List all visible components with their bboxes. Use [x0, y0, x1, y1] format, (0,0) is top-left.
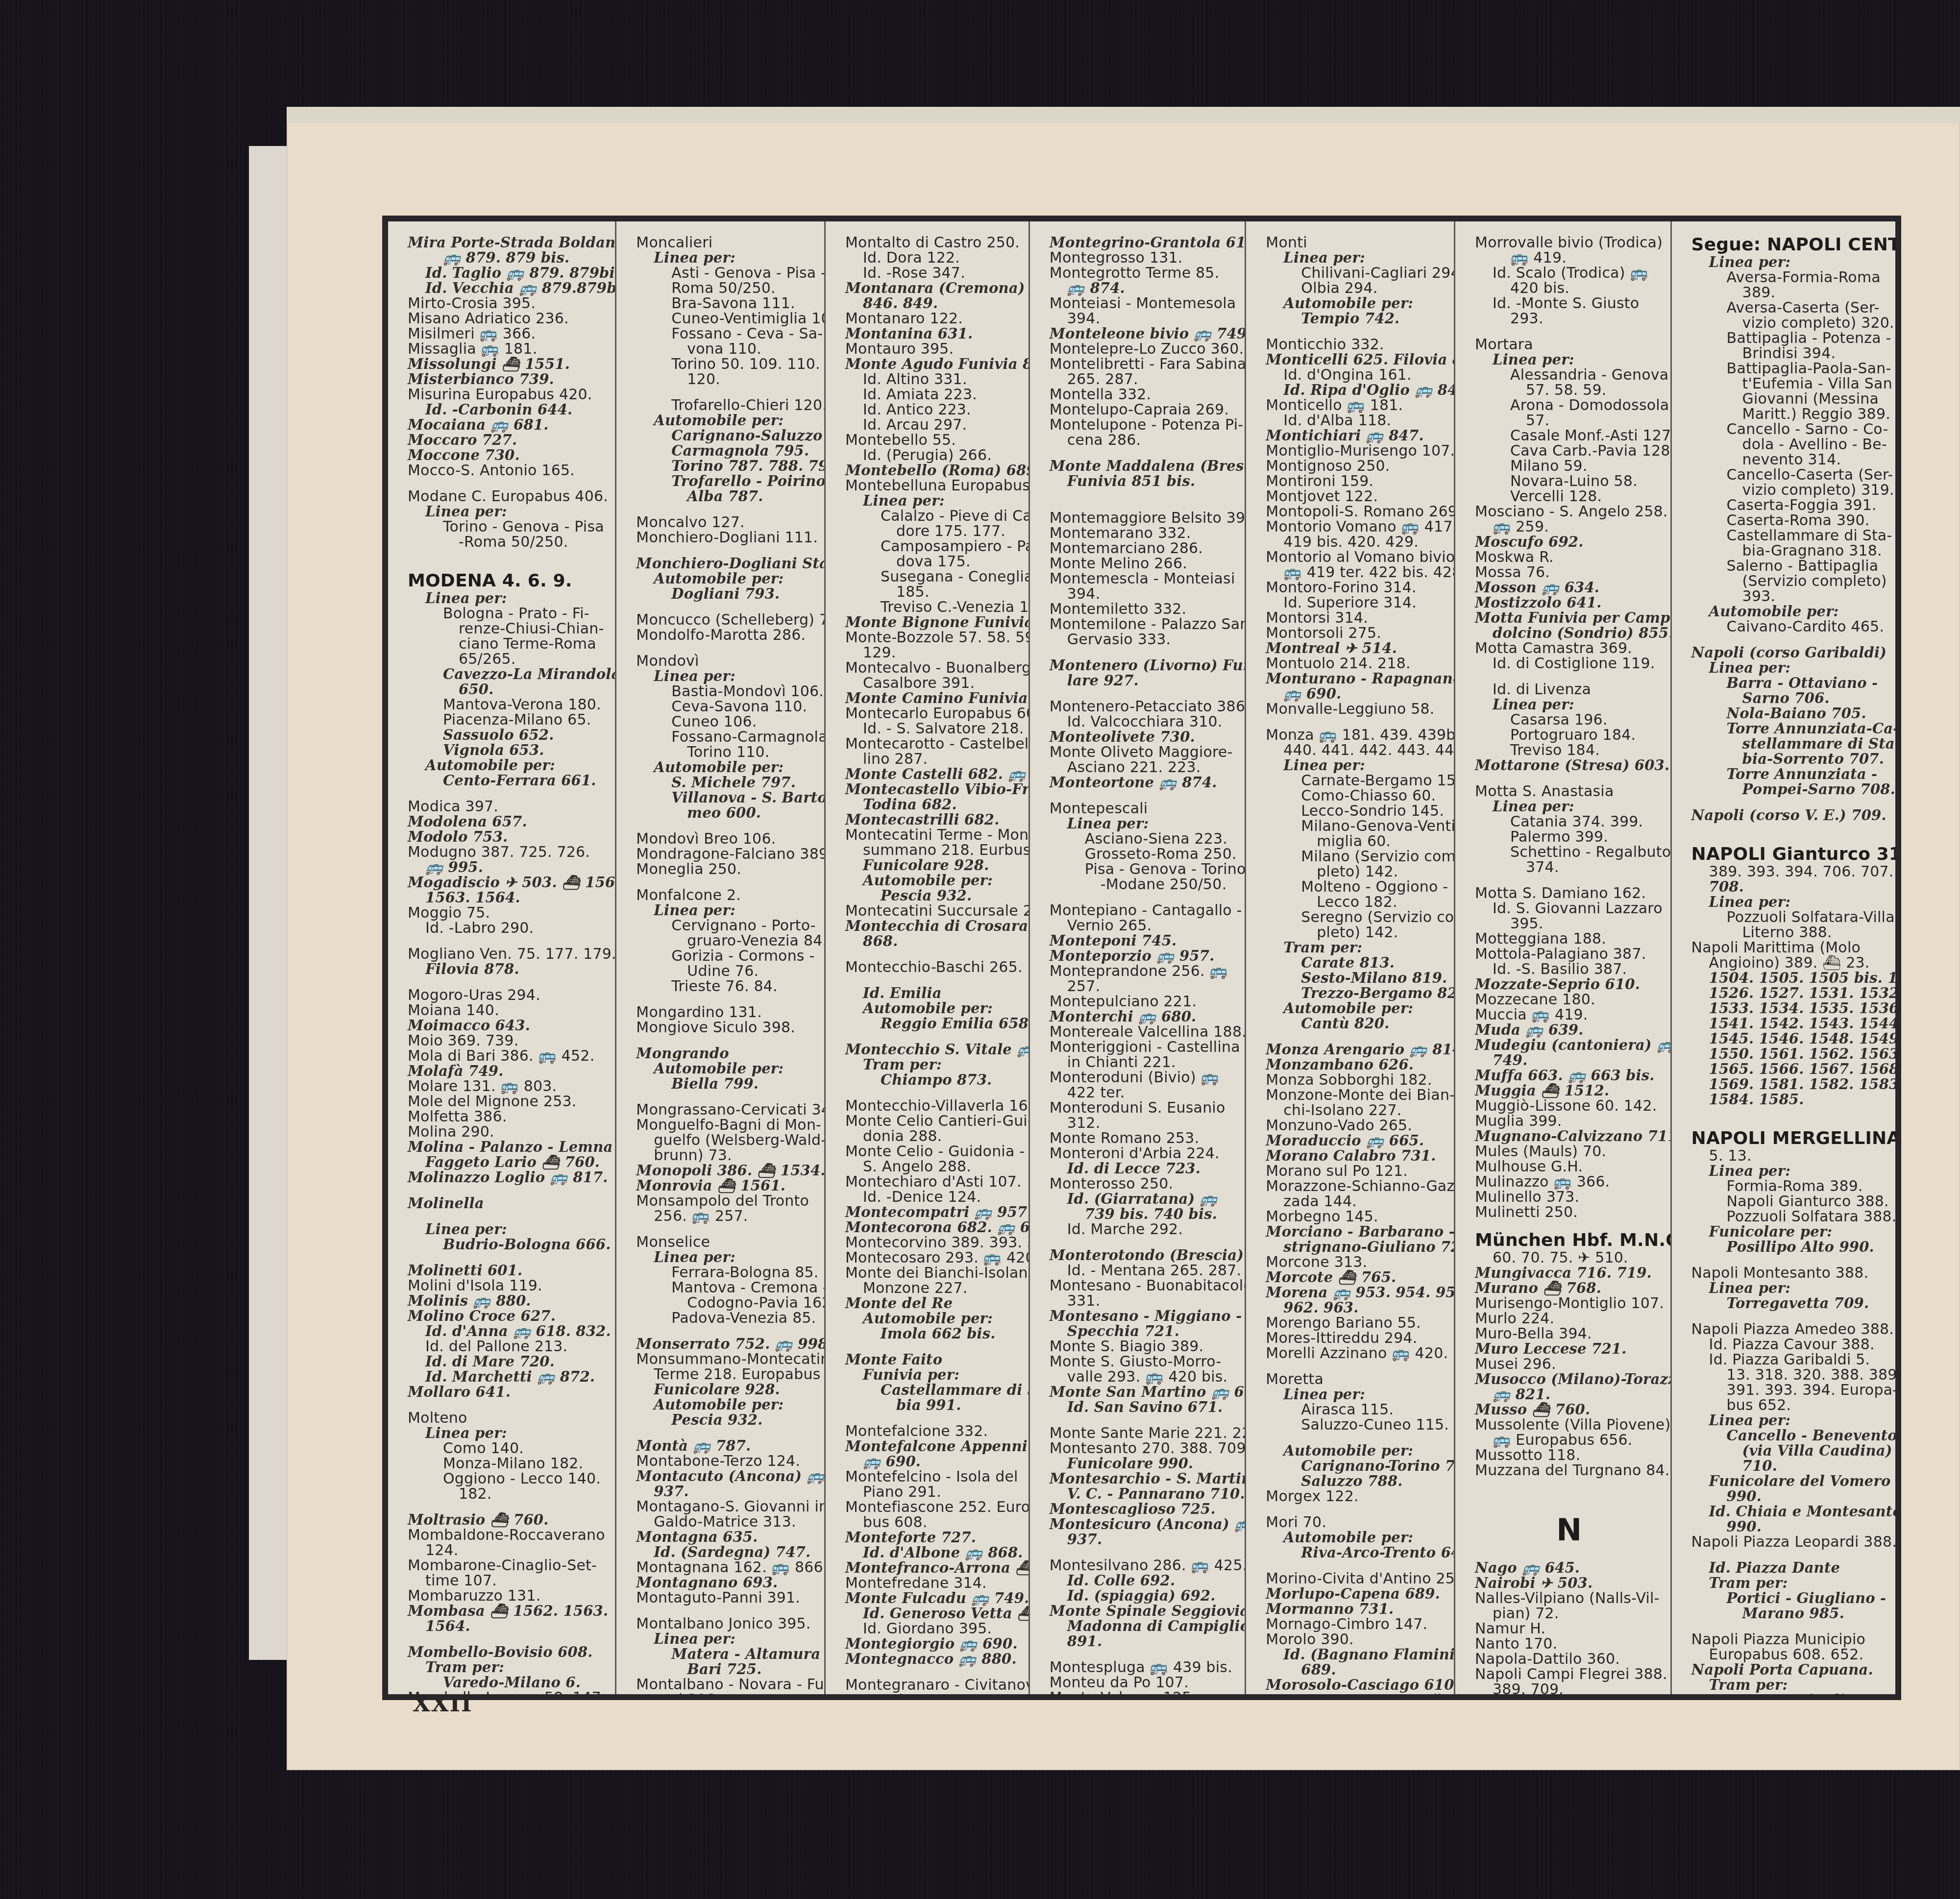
index-entry-italic: Chiampo 873. — [845, 1072, 1022, 1088]
index-entry-italic: Automobile per: — [636, 760, 817, 775]
index-entry-italic: Monserrato 752. 🚌 998. — [636, 1337, 817, 1352]
index-entry: Bastia-Mondovì 106. — [636, 684, 817, 699]
index-entry: Montabone-Terzo 124. — [636, 1454, 817, 1469]
index-entry-italic: Tram per: — [1266, 940, 1447, 955]
index-entry: gruaro-Venezia 84. — [636, 933, 817, 949]
spacer — [408, 977, 608, 988]
station-heading: München Hbf. M.N.O.P.Q. — [1475, 1231, 1664, 1250]
index-entry-italic: Tempio 742. — [1266, 311, 1447, 326]
index-entry-italic: Automobile per: — [845, 873, 1022, 888]
index-entry-italic: Automobile per: — [636, 1061, 817, 1076]
index-entry: Id. -Denice 124. — [845, 1190, 1022, 1205]
spacer — [1266, 717, 1447, 728]
spacer — [408, 550, 608, 560]
index-entry: Montesano - Buonabitacolo — [1050, 1278, 1238, 1293]
index-entry-italic: Nairobi ✈ 503. — [1475, 1576, 1664, 1591]
index-entry-italic: Mombasa ⛴ 1562. 1563. — [408, 1604, 608, 1619]
index-entry-italic: Mungivacca 716. 719. — [1475, 1266, 1664, 1281]
index-entry-italic: Linea per: — [636, 903, 817, 918]
index-entry-italic: Carignano-Torino 788. — [1266, 1459, 1447, 1474]
index-entry-italic: Id. Generoso Vetta ⛴ 764. — [845, 1606, 1022, 1621]
spacer — [1691, 797, 1888, 808]
index-entry: Monte Celio Cantieri-Gui- — [845, 1114, 1022, 1129]
index-entry: renze-Chiusi-Chian- — [408, 621, 608, 636]
index-entry-italic: Alba 787. — [636, 489, 817, 504]
index-entry: Formia-Roma 389. — [1691, 1179, 1888, 1194]
index-entry: Modugno 387. 725. 726. — [408, 845, 608, 860]
index-entry-italic: Linea per: — [1266, 1387, 1447, 1402]
index-entry: Molteno - Oggiono - — [1266, 879, 1447, 895]
index-entry: Monza 🚌 181. 439. 439bis — [1266, 728, 1447, 743]
index-entry: guelfo (Welsberg-Wald- — [636, 1133, 817, 1148]
index-entry: 65/265. — [408, 652, 608, 667]
index-entry: Chilivani-Cagliari 294. — [1266, 266, 1447, 281]
spacer — [1475, 1478, 1664, 1489]
index-entry-italic: Id. (Giarratana) 🚌 — [1050, 1192, 1238, 1207]
index-entry: Giovanni (Messina — [1691, 391, 1888, 407]
station-heading: MODENA 4. 6. 9. — [408, 571, 608, 591]
index-entry: Motta S. Anastasia — [1475, 784, 1664, 799]
index-entry: Id. -Labro 290. — [408, 921, 608, 936]
index-entry-italic: Id. d'Anna 🚌 618. 832. — [408, 1324, 608, 1339]
index-entry-italic: Mozzate-Seprio 610. — [1475, 977, 1664, 992]
index-entry-italic: Linea per: — [1266, 250, 1447, 266]
spacer — [636, 1224, 817, 1235]
index-entry: Molina 290. — [408, 1124, 608, 1140]
index-entry-italic: Mostizzolo 641. — [1475, 595, 1664, 610]
index-entry: Id. Arcau 297. — [845, 417, 1022, 433]
index-entry-italic: Linea per: — [1691, 895, 1888, 910]
index-entry: Moneglia 250. — [636, 862, 817, 877]
index-entry-italic: Linea per: — [1266, 758, 1447, 773]
index-entry: Id. -Rose 347. — [845, 266, 1022, 281]
index-entry-italic: Id. di Lecce 723. — [1050, 1161, 1238, 1176]
index-entry: Mola di Bari 386. 🚌 452. — [408, 1048, 608, 1064]
index-entry-italic: Monzambano 626. — [1266, 1057, 1447, 1072]
index-entry: Lecco-Sondrio 145. — [1266, 803, 1447, 819]
index-entry-italic: Molina - Palanzo - Lemna - — [408, 1140, 608, 1155]
index-entry-italic: Faggeto Lario ⛴ 760. — [408, 1155, 608, 1170]
index-entry-italic: Morano Calabro 731. — [1266, 1148, 1447, 1164]
index-entry: Morazzone-Schianno-Gaz- — [1266, 1179, 1447, 1194]
index-entry-italic: Montegrino-Grantola 618. — [1050, 235, 1238, 250]
index-entry: Montesilvano 286. 🚌 425. — [1050, 1558, 1238, 1573]
index-entry: Montelupone - Potenza Pi- — [1050, 417, 1238, 433]
spacer — [636, 545, 817, 556]
index-entry: Molini d'Isola 119. — [408, 1278, 608, 1293]
spacer — [636, 504, 817, 515]
index-entry: Id. S. Giovanni Lazzaro — [1475, 901, 1664, 916]
index-entry: Namur H. — [1475, 1621, 1664, 1636]
index-entry-italic: Molinella — [408, 1196, 608, 1211]
index-entry-italic: Musso ⛴ 760. — [1475, 1402, 1664, 1417]
index-entry-italic: Moraduccio 🚌 665. — [1266, 1133, 1447, 1148]
index-entry: Brindisi 394. — [1691, 346, 1888, 361]
index-entry: Monticchio 332. — [1266, 337, 1447, 352]
index-entry-italic: Trezzo-Bergamo 825. — [1266, 986, 1447, 1001]
index-entry-italic: 1533. 1534. 1535. 1536. — [1691, 1001, 1888, 1016]
index-entry: Monte Melino 266. — [1050, 556, 1238, 571]
index-entry: Monteu da Po 107. — [1050, 1675, 1238, 1690]
index-entry-italic: Funicolare 990. — [1050, 1456, 1238, 1471]
index-entry: 256. 🚌 257. — [636, 1209, 817, 1224]
index-entry-italic: Automobile per: — [408, 758, 608, 773]
index-entry: Mantova-Verona 180. — [408, 697, 608, 712]
index-entry-italic: (via Villa Caudina) — [1691, 1443, 1888, 1459]
index-entry: Trofarello-Chieri 120. — [636, 398, 817, 413]
index-entry-italic: Monte Bignone Funivia 897. — [845, 615, 1022, 630]
index-entry-italic: Marano 985. — [1691, 1606, 1888, 1621]
index-entry: Id. Giordano 395. — [845, 1621, 1022, 1636]
index-entry: Napoli Piazza Municipio — [1691, 1632, 1888, 1647]
index-entry-italic: Mollaro 641. — [408, 1385, 608, 1400]
index-entry: Id. d'Ongina 161. — [1266, 367, 1447, 383]
index-entry: Piano 291. — [845, 1485, 1022, 1500]
index-entry-italic: Montebello (Roma) 689. — [845, 463, 1022, 478]
index-entry: Portogruaro 184. — [1475, 728, 1664, 743]
index-entry: Montironi 159. — [1266, 474, 1447, 489]
index-entry-italic: Linea per: — [636, 669, 817, 684]
index-entry: Mirto-Crosia 395. — [408, 296, 608, 311]
index-entry: Carnate-Bergamo 154. — [1266, 773, 1447, 788]
index-entry-italic: Montesarchio - S. Martino — [1050, 1471, 1238, 1486]
index-entry-italic: Monte Faito — [845, 1352, 1022, 1367]
index-entry: Torino 50. 109. 110. 111. — [636, 357, 817, 372]
index-entry-italic: Sesto-Milano 819. — [1266, 971, 1447, 986]
index-entry-italic: Linea per: — [845, 493, 1022, 509]
index-entry-italic: Mocaiana 🚌 681. — [408, 417, 608, 433]
index-entry-italic: 749. — [1475, 1053, 1664, 1068]
index-entry: Montecchio-Baschi 265. — [845, 960, 1022, 975]
index-entry: Caserta-Roma 390. — [1691, 513, 1888, 528]
index-entry: Montecatini Terme - Mon- — [845, 828, 1022, 843]
index-entry: Catania 374. 399. — [1475, 814, 1664, 829]
index-entry: Torino 110. — [636, 745, 817, 760]
index-entry-italic: Montanara (Cremona) 🚌 — [845, 281, 1022, 296]
index-entry-italic: Cento-Ferrara 661. — [408, 773, 608, 788]
index-entry: Mombaldone-Roccaverano — [408, 1528, 608, 1543]
index-entry-italic: Montegiorgio 🚌 690. — [845, 1636, 1022, 1652]
index-entry: time 107. — [408, 1573, 608, 1588]
index-entry: vona 110. — [636, 341, 817, 357]
spacer — [1691, 1621, 1888, 1632]
index-entry-italic: Cavezzo-La Mirandola — [408, 667, 608, 682]
index-column-4: Montegrino-Grantola 618.Montegrosso 131.… — [1030, 221, 1247, 1694]
station-heading: NAPOLI MERGELLINA — [1691, 1129, 1888, 1148]
index-entry: Motteggiana 188. — [1475, 931, 1664, 947]
index-entry: 🚌 259. — [1475, 519, 1664, 535]
index-entry-italic: Moccone 730. — [408, 448, 608, 463]
index-entry-italic: Montecompatri 🚌 957. — [845, 1205, 1022, 1220]
index-entry: Pisa - Genova - Torino — [1050, 862, 1238, 877]
index-entry: 5. 13. — [1691, 1148, 1888, 1164]
index-entry-italic: Torregavetta 709. — [1691, 1296, 1888, 1311]
index-entry: Id. Antico 223. — [845, 402, 1022, 417]
index-entry: Monsampolo del Tronto — [636, 1193, 817, 1209]
index-entry: Maritt.) Reggio 389. — [1691, 407, 1888, 422]
index-entry: Mori 70. — [1266, 1515, 1447, 1530]
index-entry-italic: Id. San Savino 671. — [1050, 1400, 1238, 1415]
index-entry: Morgex 122. — [1266, 1489, 1447, 1504]
index-entry: Montelupo-Capraia 269. — [1050, 402, 1238, 417]
index-entry-italic: Pescia 932. — [636, 1412, 817, 1428]
index-entry: t'Eufemia - Villa San — [1691, 376, 1888, 391]
index-entry: Asciano-Siena 223. — [1050, 831, 1238, 847]
index-entry: Treviso C.-Venezia 177. — [845, 600, 1022, 615]
index-entry: Montaguto-Panni 391. — [636, 1590, 817, 1606]
index-entry-italic: Montefranco-Arrona ⛴ 946. — [845, 1560, 1022, 1576]
index-entry: 389. 709. — [1475, 1682, 1664, 1694]
index-entry-italic: Monte Agudo Funivia 857. — [845, 357, 1022, 372]
index-entry: Mulhouse G.H. — [1475, 1159, 1664, 1174]
index-entry: Montuolo 214. 218. — [1266, 656, 1447, 671]
index-entry: 257. — [1050, 979, 1238, 994]
index-entry-italic: Reggio Emilia 658. — [845, 1016, 1022, 1031]
index-entry-italic: Tram per: — [1691, 1576, 1888, 1591]
index-entry: Id. Piazza Garibaldi 5. — [1691, 1352, 1888, 1367]
index-entry: Monguelfo-Bagni di Mon- — [636, 1118, 817, 1133]
index-entry: Mongardino 131. — [636, 1005, 817, 1020]
index-entry-italic: Modolena 657. — [408, 814, 608, 829]
index-column-6: Morrovalle bivio (Trodica)🚌 419.Id. Scal… — [1455, 221, 1672, 1694]
index-entry-italic: Montecorona 682. 🚌 681. — [845, 1220, 1022, 1235]
index-entry-italic: Monte Maddalena (Brescia) — [1050, 459, 1238, 474]
index-entry-italic: Funivia 851 bis. — [1050, 474, 1238, 489]
index-entry-italic: Funicolare 928. — [636, 1382, 817, 1397]
index-entry: Molare 131. 🚌 803. — [408, 1079, 608, 1094]
spacer — [1475, 671, 1664, 682]
spacer — [1050, 1649, 1238, 1660]
index-entry: Misilmeri 🚌 366. — [408, 326, 608, 341]
index-entry: Cancello - Sarno - Co- — [1691, 422, 1888, 437]
index-entry: Id. Valcocchiara 310. — [1050, 714, 1238, 730]
spacer — [1266, 1361, 1447, 1372]
spacer — [636, 1092, 817, 1102]
index-entry-italic: Montanina 631. — [845, 326, 1022, 341]
spacer — [1691, 1107, 1888, 1118]
index-entry: Ferrara-Bologna 85. — [636, 1265, 817, 1280]
index-entry: Montepiano - Cantagallo - — [1050, 903, 1238, 918]
index-entry: 393. — [1691, 589, 1888, 604]
index-entry-italic: lare 927. — [1050, 673, 1238, 688]
index-entry-italic: Automobile per: — [1266, 1443, 1447, 1459]
index-entry: Udine 76. — [636, 964, 817, 979]
index-entry: Moiana 140. — [408, 1003, 608, 1018]
index-entry-italic: Montenero (Livorno) Funi- — [1050, 658, 1238, 673]
index-entry-italic: Molinis 🚌 880. — [408, 1293, 608, 1309]
spacer — [845, 949, 1022, 960]
index-entry-italic: 990. — [1691, 1519, 1888, 1534]
spacer — [845, 1088, 1022, 1098]
index-entry: Id. di Costiglione 119. — [1475, 656, 1664, 671]
spacer — [1475, 326, 1664, 337]
index-entry: Nalles-Vilpiano (Nalls-Vil- — [1475, 1591, 1664, 1606]
section-letter: N — [1475, 1510, 1664, 1550]
index-entry: Morengo Bariano 55. — [1266, 1315, 1447, 1331]
index-entry: Montebelluna Europabus 656. — [845, 478, 1022, 493]
index-entry-italic: Linea per: — [1691, 1281, 1888, 1296]
index-entry: Muggiò-Lissone 60. 142. — [1475, 1098, 1664, 1114]
index-entry: Montemarano 332. — [1050, 526, 1238, 541]
index-entry: Monzone 227. — [845, 1281, 1022, 1296]
index-entry: Montecarlo Europabus 601. — [845, 706, 1022, 721]
index-entry: Id. Superiore 314. — [1266, 595, 1447, 610]
spacer — [408, 936, 608, 947]
index-entry-italic: Monteolivete 730. — [1050, 730, 1238, 745]
index-entry: 419 bis. 420. 429. — [1266, 535, 1447, 550]
index-entry: Mulinello 373. — [1475, 1190, 1664, 1205]
index-entry: -Roma 50/250. — [408, 535, 608, 550]
index-entry: Calalzo - Pieve di Ca- — [845, 509, 1022, 524]
index-entry-italic: Montefalcone Appennino — [845, 1439, 1022, 1454]
index-entry: Airasca 115. — [1266, 1402, 1447, 1417]
index-entry-italic: Funicolare per: — [1691, 1224, 1888, 1240]
index-entry-italic: Automobile per: — [636, 571, 817, 586]
index-entry-italic: Monteponi 745. — [1050, 933, 1238, 949]
index-entry: Morbegno 145. — [1266, 1209, 1447, 1224]
index-entry: Montopoli-S. Romano 269. — [1266, 504, 1447, 519]
index-entry: Mogoro-Uras 294. — [408, 988, 608, 1003]
index-entry-italic: 937. — [636, 1484, 817, 1499]
spacer — [636, 1428, 817, 1438]
index-entry-italic: 937. — [1050, 1532, 1238, 1547]
index-entry-italic: Biella 799. — [636, 1076, 817, 1092]
index-entry: Montecalvo - Buonalbergo - — [845, 660, 1022, 676]
index-entry: Molteno — [408, 1411, 608, 1426]
index-entry-italic: Id. -Carbonin 644. — [408, 402, 608, 417]
index-entry: Aversa-Caserta (Ser- — [1691, 300, 1888, 316]
index-entry-italic: Torre Annunziata-Ca- — [1691, 721, 1888, 736]
index-entry: valle 293. 🚌 420 bis. — [1050, 1369, 1238, 1385]
spacer — [408, 1502, 608, 1512]
index-entry: Susegana - Conegliano — [845, 569, 1022, 584]
index-entry-italic: Pescia 932. — [845, 888, 1022, 903]
spacer — [1691, 1118, 1888, 1129]
index-entry: Id. Marche 292. — [1050, 1222, 1238, 1237]
index-entry-italic: Linea per: — [408, 504, 608, 519]
index-entry-italic: 1541. 1542. 1543. 1544. — [1691, 1016, 1888, 1031]
index-entry: 🚌 Europabus 656. — [1475, 1433, 1664, 1448]
index-entry: Como 140. — [408, 1441, 608, 1456]
index-entry: Montefelcino - Isola del — [845, 1469, 1022, 1485]
index-entry-italic: Nago 🚌 645. — [1475, 1560, 1664, 1576]
index-entry: Ceva-Savona 110. — [636, 699, 817, 714]
index-entry-italic: Mombello-Bovisio 608. — [408, 1645, 608, 1660]
index-entry-italic: Automobile per: — [636, 413, 817, 428]
index-entry-italic: Automobile per: — [636, 1397, 817, 1412]
index-entry: Monza Sobborghi 182. — [1266, 1072, 1447, 1088]
index-entry-italic: Linea per: — [1691, 1413, 1888, 1428]
index-entry: Terme 218. Europabus 601. — [636, 1367, 817, 1382]
index-entry: 440. 441. 442. 443. 444. — [1266, 743, 1447, 758]
index-entry: Salerno - Battipaglia — [1691, 559, 1888, 574]
index-entry: Casarsa 196. — [1475, 712, 1664, 728]
index-entry: Morelli Azzinano 🚌 420. — [1266, 1346, 1447, 1361]
index-entry: Montecarotto - Castelbel- — [845, 736, 1022, 752]
index-entry: Id. - S. Salvatore 218. — [845, 721, 1022, 736]
spacer — [845, 1031, 1022, 1042]
index-entry: Casale Monf.-Asti 127. — [1475, 428, 1664, 443]
index-entry-italic: 846. 849. — [845, 296, 1022, 311]
index-entry-italic: Filovia 878. — [408, 962, 608, 977]
index-entry: Montefredane 314. — [845, 1576, 1022, 1591]
index-entry: Montorsi 314. — [1266, 610, 1447, 626]
index-entry: Montecatini Succursale 218. — [845, 903, 1022, 919]
index-entry-italic: Monturano - Rapagnano — [1266, 671, 1447, 686]
index-entry-italic: Muffa 663. 🚌 663 bis. — [1475, 1068, 1664, 1083]
index-entry-italic: Tram per: — [845, 1057, 1022, 1072]
index-entry-italic: 1545. 1546. 1548. 1549. — [1691, 1031, 1888, 1047]
index-entry: Monte Romano 253. — [1050, 1131, 1238, 1146]
spacer — [408, 478, 608, 489]
index-entry: Monteprandone 256. 🚌 — [1050, 964, 1238, 979]
index-entry-italic: 689. — [1266, 1662, 1447, 1678]
index-entry: Monteroduni S. Eusanio — [1050, 1100, 1238, 1116]
spacer — [408, 788, 608, 799]
spacer — [845, 1413, 1022, 1424]
index-entry: Mombaruzzo 131. — [408, 1588, 608, 1604]
index-entry-italic: Monterchi 🚌 680. — [1050, 1009, 1238, 1024]
spacer — [1050, 688, 1238, 699]
index-entry: Monte Valenza 125. — [1050, 1690, 1238, 1694]
index-column-1: Mira Porte-Strada Boldani🚌 879. 879 bis.… — [388, 221, 616, 1694]
index-entry-italic: Linea per: — [1475, 799, 1664, 814]
index-entry: Roma 50/250. — [636, 281, 817, 296]
index-entry: Fossano - Ceva - Sa- — [636, 326, 817, 341]
index-entry: Milano 59. — [1475, 459, 1664, 474]
index-entry-italic: Monteporzio 🚌 957. — [1050, 949, 1238, 964]
index-entry: Codogno-Pavia 162. — [636, 1295, 817, 1311]
index-entry: 🚌 419. — [1475, 250, 1664, 266]
index-entry: cena 286. — [1050, 433, 1238, 448]
index-entry: Fossano-Carmagnola- — [636, 730, 817, 745]
index-entry: Montegrosso 131. — [1050, 250, 1238, 266]
index-entry: dore 175. 177. — [845, 524, 1022, 539]
index-entry: Montagano-S. Giovanni in — [636, 1499, 817, 1514]
index-entry-italic: Castellammare di Sta- — [845, 1383, 1022, 1398]
index-entry-italic: Monrovia ⛴ 1561. — [636, 1178, 817, 1193]
index-entry: Mondovì — [636, 654, 817, 669]
index-entry-italic: Linea per: — [1475, 697, 1664, 712]
spacer — [636, 877, 817, 888]
index-entry: Mussolente (Villa Piovene) — [1475, 1417, 1664, 1433]
index-entry-italic: Funicolare 928. — [845, 858, 1022, 873]
index-entry: Mosciano - S. Angelo 258. — [1475, 504, 1664, 519]
index-entry: Piacenza-Milano 65. — [408, 712, 608, 728]
index-entry: Battipaglia-Paola-San- — [1691, 361, 1888, 376]
index-entry: Padova-Venezia 85. — [636, 1311, 817, 1326]
index-entry-italic: Todina 682. — [845, 797, 1022, 812]
index-entry: Bologna - Prato - Fi- — [408, 606, 608, 621]
index-entry: 312. — [1050, 1116, 1238, 1131]
index-entry: pian) 72. — [1475, 1606, 1664, 1621]
index-entry: in Chianti 221. — [1050, 1055, 1238, 1070]
index-entry: Montorio al Vomano bivio — [1266, 550, 1447, 565]
index-entry-italic: 1504. 1505. 1505 bis. 1507. — [1691, 971, 1888, 986]
index-entry-italic: Linea per: — [1691, 660, 1888, 676]
spacer — [1475, 1220, 1664, 1231]
index-column-3: Montalto di Castro 250.Id. Dora 122.Id. … — [826, 221, 1030, 1694]
index-entry: Cancello-Caserta (Ser- — [1691, 467, 1888, 483]
page-number: XXII — [413, 1690, 472, 1717]
index-entry: Mogliano Ven. 75. 177. 179. — [408, 947, 608, 962]
index-entry-italic: 1584. 1585. — [1691, 1092, 1888, 1107]
index-entry: Montespluga 🚌 439 bis. — [1050, 1660, 1238, 1675]
spacer — [1050, 500, 1238, 511]
index-entry: Napoli Gianturco 388. — [1691, 1194, 1888, 1209]
index-entry: Monteiasi - Montemesola — [1050, 296, 1238, 311]
index-entry: Bra-Savona 111. — [636, 296, 817, 311]
